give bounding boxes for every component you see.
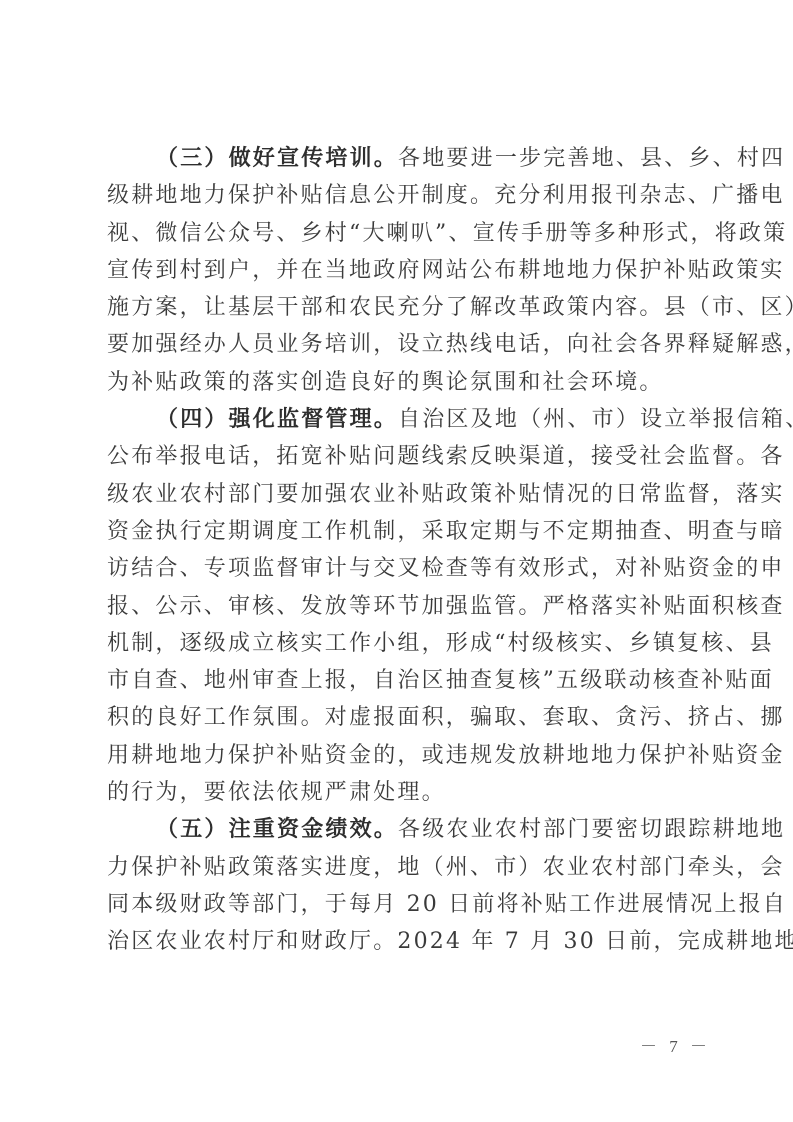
- paragraph-line: 市自查、地州审查上报，自治区抽查复核”五级联动核查补贴面: [107, 662, 697, 699]
- section-heading-3: （三）做好宣传培训。: [156, 145, 398, 171]
- paragraph-line: 要加强经办人员业务培训，设立热线电话，向社会各界释疑解惑，: [107, 326, 697, 363]
- paragraph-text: 各级农业农村部门要密切跟踪耕地地: [398, 817, 785, 842]
- paragraph-line: 的行为，要依法依规严肃处理。: [107, 774, 697, 811]
- document-page: （三）做好宣传培训。各地要进一步完善地、县、乡、村四 级耕地地力保护补贴信息公开…: [0, 0, 793, 1122]
- paragraph-line: 资金执行定期调度工作机制，采取定期与不定期抽查、明查与暗: [107, 513, 697, 550]
- paragraph-text: 各地要进一步完善地、县、乡、村四: [398, 146, 785, 171]
- paragraph-line: 为补贴政策的落实创造良好的舆论氛围和社会环境。: [107, 364, 697, 401]
- paragraph-line: 用耕地地力保护补贴资金的，或违规发放耕地地力保护补贴资金: [107, 737, 697, 774]
- document-body: （三）做好宣传培训。各地要进一步完善地、县、乡、村四 级耕地地力保护补贴信息公开…: [107, 140, 697, 961]
- paragraph-line: 治区农业农村厅和财政厅。2024 年 7 月 30 日前，完成耕地地力: [107, 923, 697, 960]
- paragraph-line: 公布举报电话，拓宽补贴问题线索反映渠道，接受社会监督。各: [107, 438, 697, 475]
- paragraph-line: （五）注重资金绩效。各级农业农村部门要密切跟踪耕地地: [107, 811, 697, 848]
- paragraph-line: 宣传到村到户，并在当地政府网站公布耕地地力保护补贴政策实: [107, 252, 697, 289]
- paragraph-line: 级耕地地力保护补贴信息公开制度。充分利用报刊杂志、广播电: [107, 177, 697, 214]
- paragraph-line: 力保护补贴政策落实进度，地（州、市）农业农村部门牵头，会: [107, 849, 697, 886]
- paragraph-line: 视、微信公众号、乡村“大喇叭”、宣传手册等多种形式，将政策: [107, 215, 697, 252]
- section-heading-5: （五）注重资金绩效。: [156, 816, 398, 842]
- section-heading-4: （四）强化监督管理。: [156, 406, 398, 432]
- paragraph-line: 施方案，让基层干部和农民充分了解改革政策内容。县（市、区）: [107, 289, 697, 326]
- page-number: － 7 －: [640, 1032, 711, 1057]
- paragraph-line: （三）做好宣传培训。各地要进一步完善地、县、乡、村四: [107, 140, 697, 177]
- paragraph-line: 同本级财政等部门，于每月 20 日前将补贴工作进展情况上报自: [107, 886, 697, 923]
- paragraph-line: 报、公示、审核、发放等环节加强监管。严格落实补贴面积核查: [107, 588, 697, 625]
- paragraph-line: （四）强化监督管理。自治区及地（州、市）设立举报信箱、: [107, 401, 697, 438]
- paragraph-line: 级农业农村部门要加强农业补贴政策补贴情况的日常监督，落实: [107, 476, 697, 513]
- paragraph-line: 机制，逐级成立核实工作小组，形成“村级核实、乡镇复核、县: [107, 625, 697, 662]
- paragraph-line: 访结合、专项监督审计与交叉检查等有效形式，对补贴资金的申: [107, 550, 697, 587]
- paragraph-line: 积的良好工作氛围。对虚报面积，骗取、套取、贪污、挤占、挪: [107, 699, 697, 736]
- paragraph-text: 自治区及地（州、市）设立举报信箱、: [398, 407, 793, 432]
